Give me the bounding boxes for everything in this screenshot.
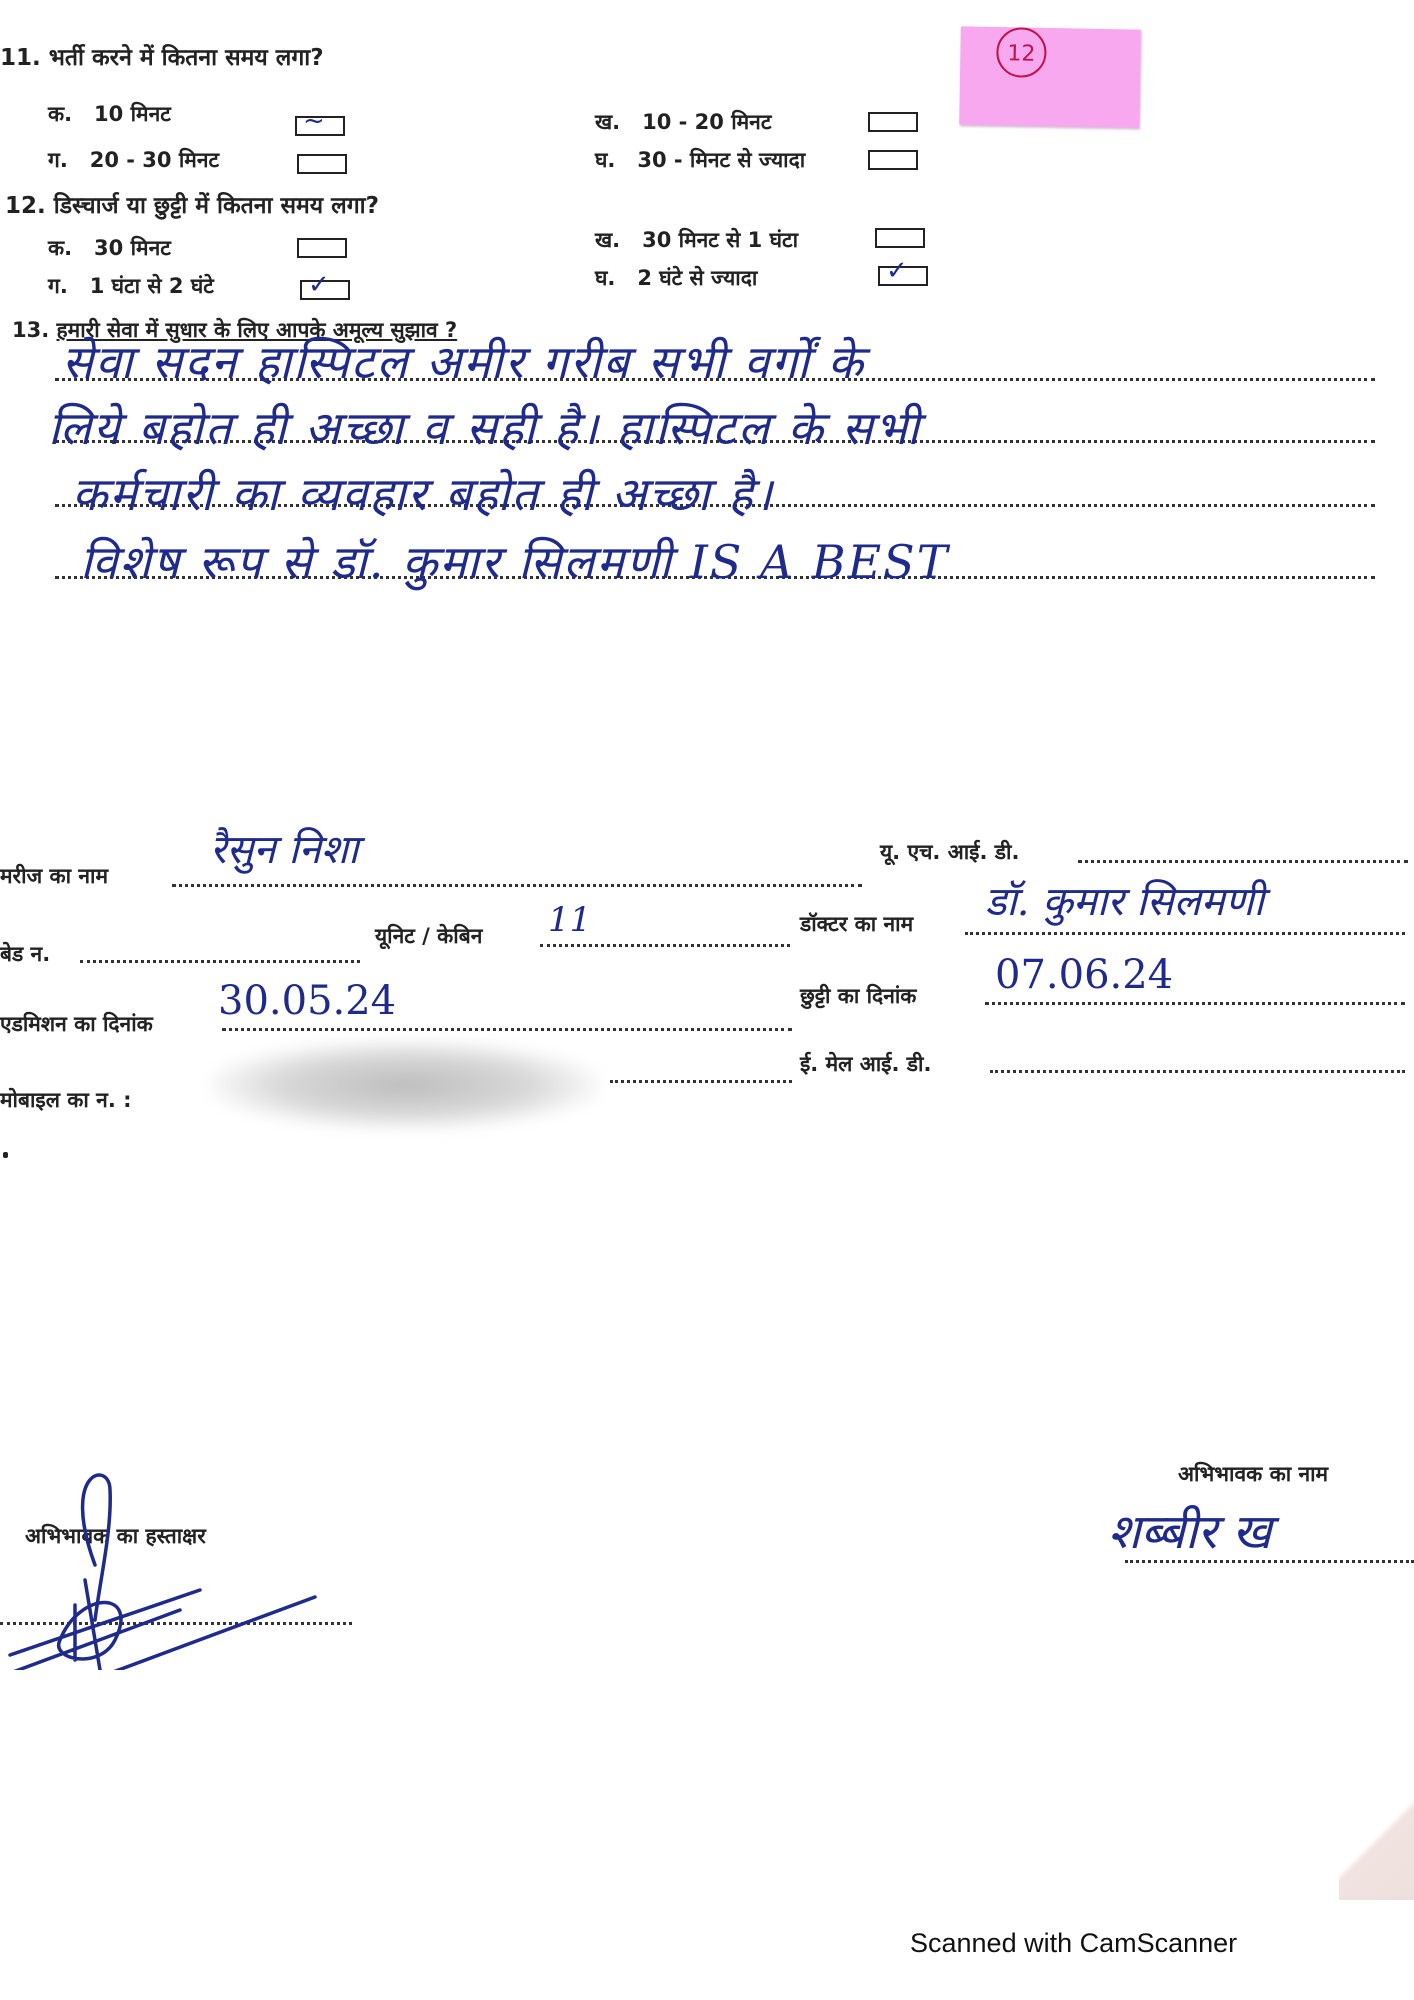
stray-mark — [3, 1152, 8, 1158]
question-number: 11. — [0, 45, 41, 71]
unit-cabin-field[interactable]: 11 — [548, 900, 591, 940]
question-number: 12. — [5, 193, 46, 219]
q12-option-b-checkbox[interactable] — [875, 228, 925, 248]
question-11: 11. भर्ती करने में कितना समय लगा? — [0, 40, 324, 72]
q12-option-d-checkbox[interactable]: ✓ — [878, 266, 928, 286]
email-field[interactable] — [990, 1070, 1405, 1073]
sticky-note: 12 — [959, 26, 1141, 127]
question-text: डिस्चार्ज या छुट्टी में कितना समय लगा? — [54, 193, 379, 219]
guardian-name-label: अभिभावक का नाम — [1178, 1460, 1328, 1488]
q11-option-a: क. 10 मिनट — [48, 100, 171, 128]
q12-option-a: क. 30 मिनट — [48, 234, 171, 262]
question-12: 12. डिस्चार्ज या छुट्टी में कितना समय लग… — [5, 188, 379, 220]
uhid-field[interactable] — [1078, 860, 1408, 863]
check-mark-icon: ✓ — [886, 258, 908, 284]
q11-option-b: ख. 10 - 20 मिनट — [595, 108, 771, 136]
q11-option-d-checkbox[interactable] — [868, 150, 918, 170]
q11-option-c-checkbox[interactable] — [297, 154, 347, 174]
guardian-signature-icon — [0, 1440, 340, 1670]
check-mark-icon: ✓ — [308, 272, 330, 298]
admission-date-line — [222, 1028, 792, 1031]
doctor-name-line — [965, 932, 1405, 935]
page-number-badge: 12 — [996, 27, 1047, 78]
q12-option-c-checkbox[interactable]: ✓ — [300, 280, 350, 300]
q11-option-a-checkbox[interactable]: ~ — [295, 116, 345, 136]
q11-option-b-checkbox[interactable] — [868, 112, 918, 132]
doctor-name-field[interactable]: डॉ. कुमार सिलमणी — [985, 872, 1264, 927]
question-text: भर्ती करने में कितना समय लगा? — [49, 45, 324, 71]
doctor-name-label: डॉक्टर का नाम — [800, 910, 913, 938]
patient-name-label: मरीज का नाम — [0, 862, 108, 890]
uhid-label: यू. एच. आई. डी. — [880, 838, 1019, 866]
patient-name-line — [172, 884, 862, 887]
scanner-watermark: Scanned with CamScanner — [910, 1928, 1237, 1959]
discharge-date-line — [985, 1002, 1405, 1005]
question-number: 13. — [12, 318, 49, 342]
check-mark-icon: ~ — [303, 108, 325, 134]
bed-number-field[interactable] — [80, 960, 360, 963]
discharge-date-label: छुट्टी का दिनांक — [800, 982, 916, 1010]
discharge-date-field[interactable]: 07.06.24 — [995, 952, 1173, 998]
q12-option-b: ख. 30 मिनट से 1 घंटा — [595, 226, 798, 254]
mobile-number-label: मोबाइल का न. : — [0, 1086, 132, 1114]
patient-name-field[interactable]: रैसुन निशा — [210, 820, 358, 875]
suggestion-text-4: विशेष रूप से डॉ. कुमार सिलमणी IS A BEST — [80, 530, 949, 592]
q12-option-d: घ. 2 घंटे से ज्यादा — [595, 264, 757, 292]
q11-option-d: घ. 30 - मिनट से ज्यादा — [595, 146, 805, 174]
scan-artifact — [1339, 1790, 1414, 1900]
mobile-number-field[interactable] — [210, 1040, 600, 1130]
email-label: ई. मेल आई. डी. — [800, 1050, 931, 1078]
mobile-number-line — [610, 1080, 792, 1083]
q12-option-c: ग. 1 घंटा से 2 घंटे — [48, 272, 214, 300]
q11-option-c: ग. 20 - 30 मिनट — [48, 146, 219, 174]
guardian-name-field[interactable]: शब्बीर ख — [1108, 1498, 1272, 1563]
suggestion-text-3: कर्मचारी का व्यवहार बहोत ही अच्छा है। — [72, 462, 774, 524]
admission-date-label: एडमिशन का दिनांक — [0, 1010, 153, 1038]
unit-cabin-label: यूनिट / केबिन — [375, 922, 482, 950]
q12-option-a-checkbox[interactable] — [297, 238, 347, 258]
suggestion-text-2: लिये बहोत ही अच्छा व सही है। हास्पिटल के… — [48, 396, 921, 458]
admission-date-field[interactable]: 30.05.24 — [218, 978, 396, 1024]
unit-cabin-line — [540, 944, 790, 947]
suggestion-text-1: सेवा सदन हास्पिटल अमीर गरीब सभी वर्गों क… — [62, 330, 865, 392]
bed-number-label: बेड न. — [0, 940, 50, 968]
